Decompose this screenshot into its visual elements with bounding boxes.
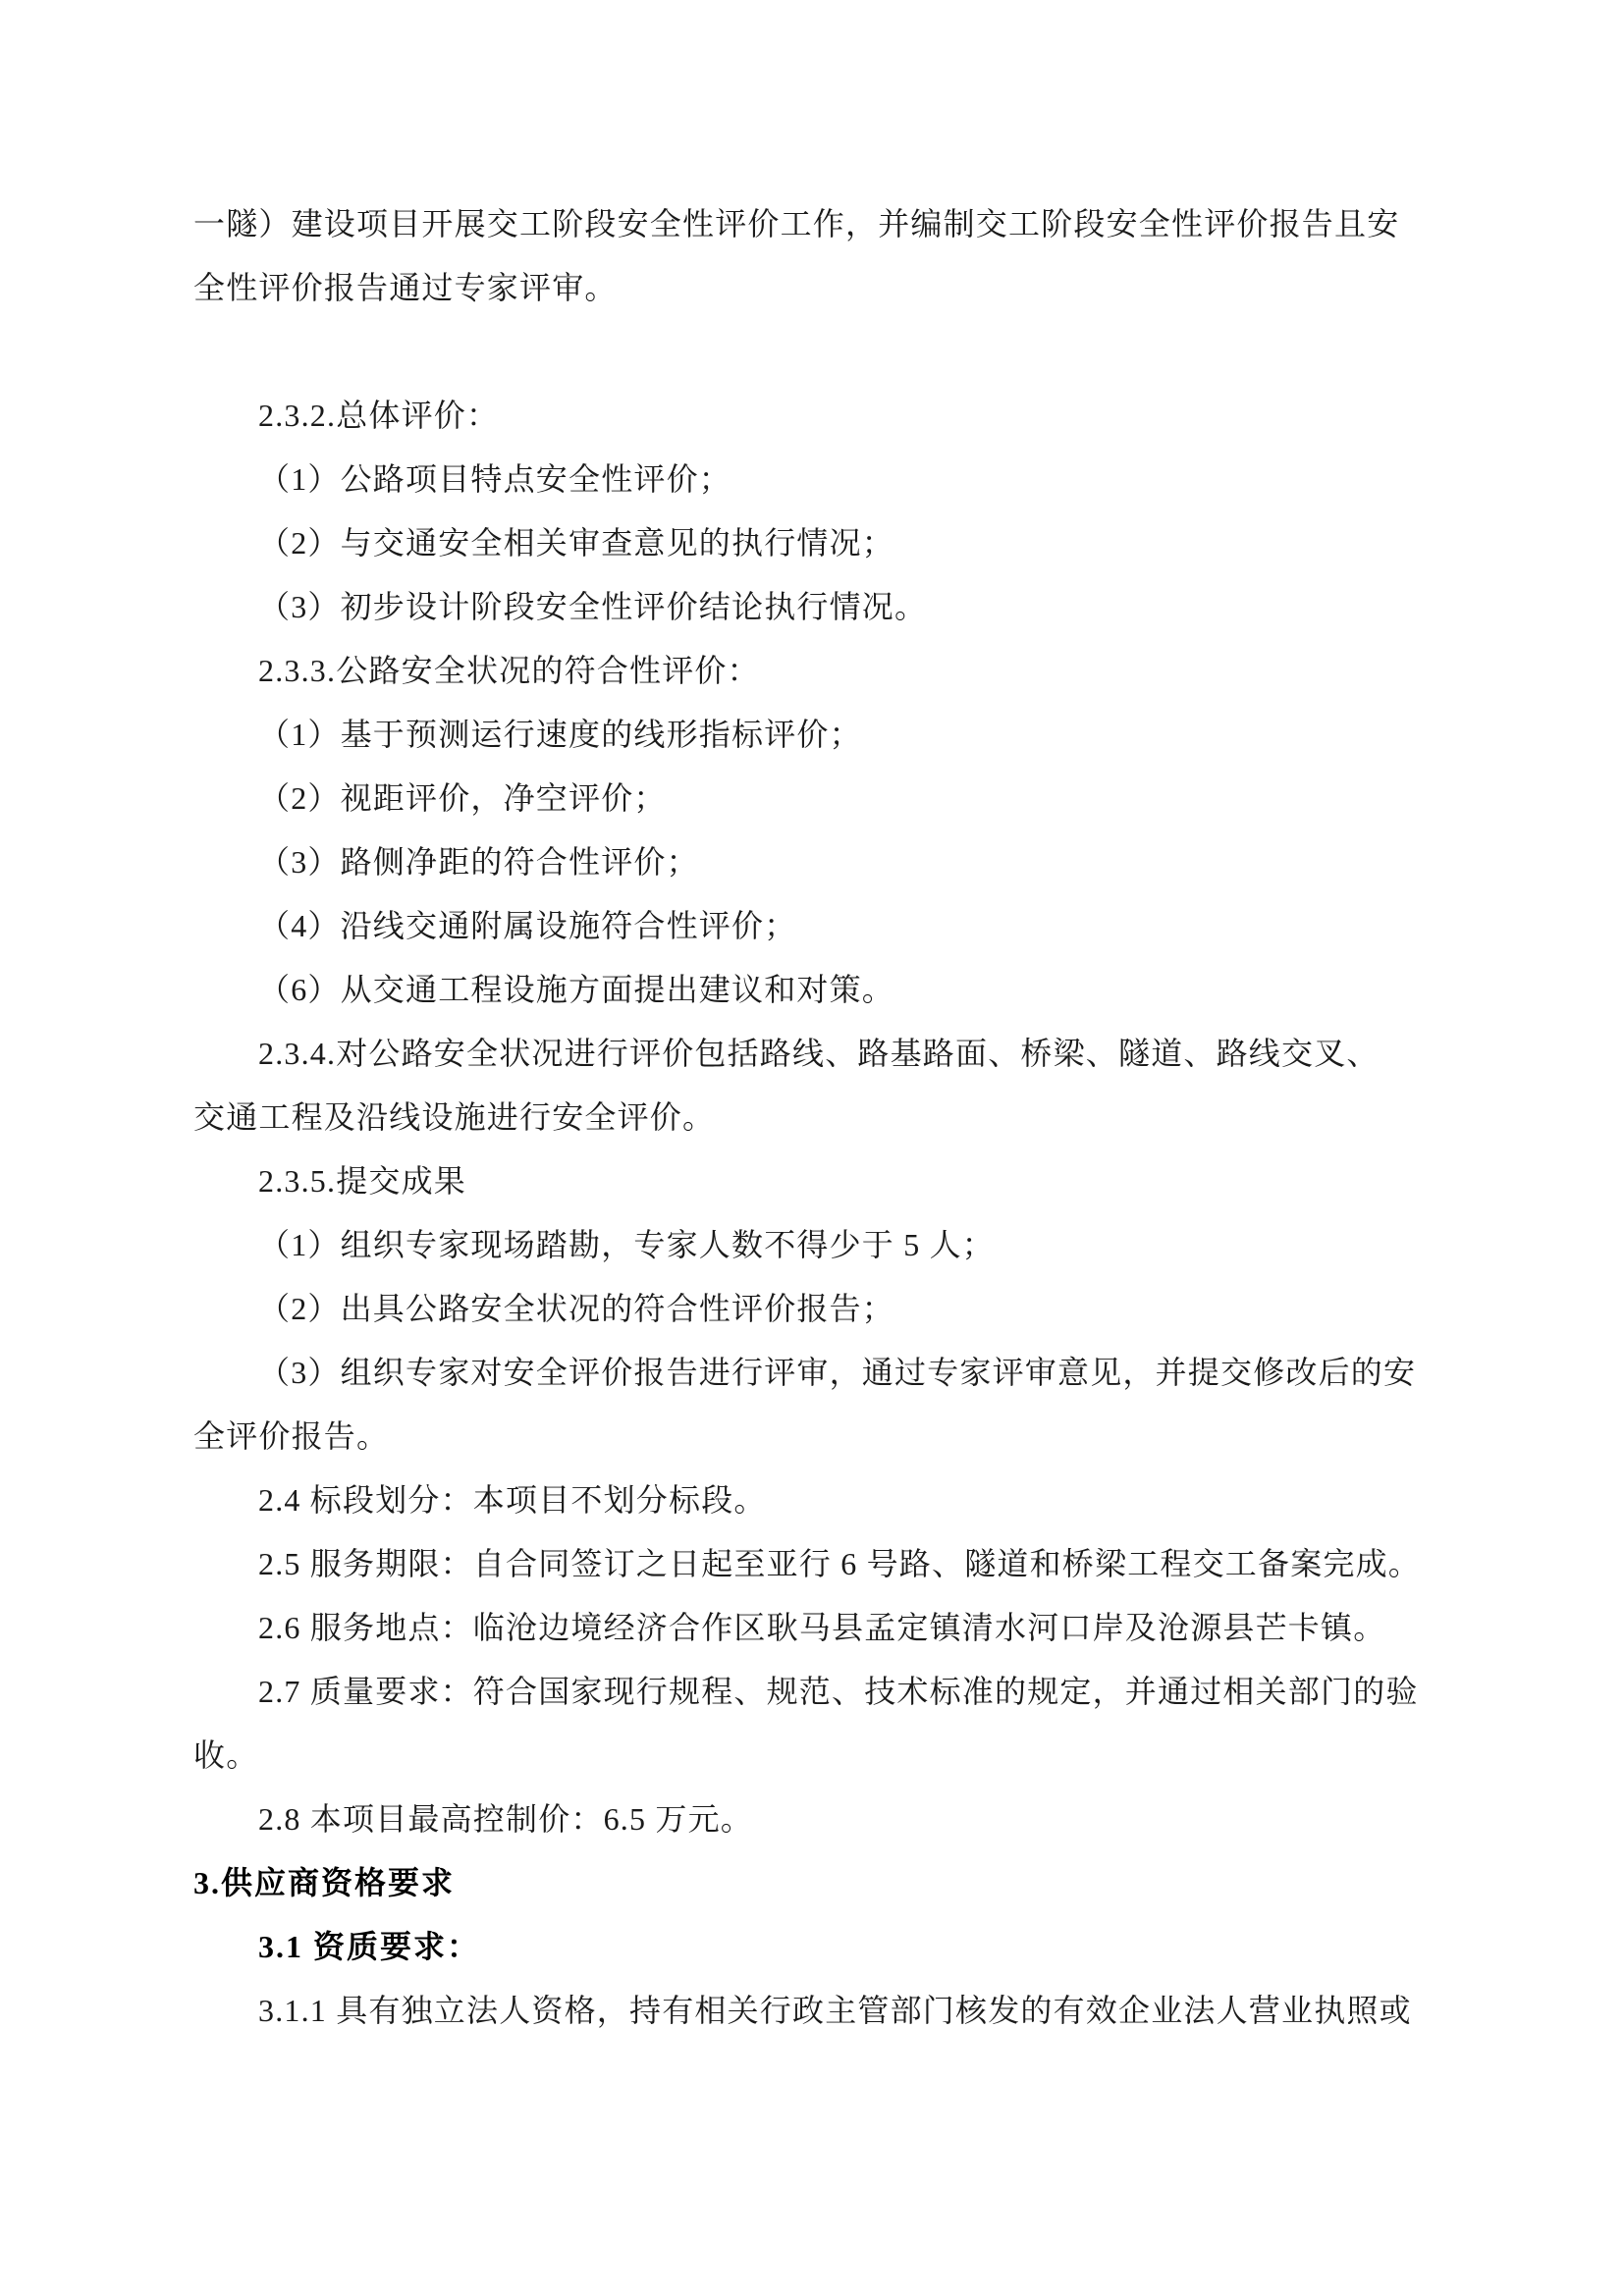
section-paragraph-2-3-4: 2.3.4.对公路安全状况进行评价包括路线、路基路面、桥梁、隧道、路线交叉、 xyxy=(193,1022,1487,1086)
section-paragraph-2-8: 2.8 本项目最高控制价：6.5 万元。 xyxy=(193,1788,1487,1851)
list-item: （2）与交通安全相关审查意见的执行情况； xyxy=(193,511,1487,575)
paragraph-continuation-line: 一隧）建设项目开展交工阶段安全性评价工作，并编制交工阶段安全性评价报告且安 xyxy=(193,192,1487,256)
list-item: （3）路侧净距的符合性评价； xyxy=(193,830,1487,894)
paragraph-continuation-line: 交通工程及沿线设施进行安全评价。 xyxy=(193,1086,1487,1149)
chapter-heading-3: 3.供应商资格要求 xyxy=(193,1851,1487,1915)
section-paragraph-2-4: 2.4 标段划分：本项目不划分标段。 xyxy=(193,1468,1487,1532)
paragraph-continuation-line: 全性评价报告通过专家评审。 xyxy=(193,256,1487,320)
list-item: （2）视距评价，净空评价； xyxy=(193,767,1487,830)
section-heading-2-3-2: 2.3.2.总体评价： xyxy=(193,384,1487,448)
document-page: 一隧）建设项目开展交工阶段安全性评价工作，并编制交工阶段安全性评价报告且安 全性… xyxy=(0,0,1624,2296)
section-paragraph-2-6: 2.6 服务地点：临沧边境经济合作区耿马县孟定镇清水河口岸及沧源县芒卡镇。 xyxy=(193,1596,1487,1660)
list-item: （1）基于预测运行速度的线形指标评价； xyxy=(193,703,1487,767)
section-paragraph-3-1-1: 3.1.1 具有独立法人资格，持有相关行政主管部门核发的有效企业法人营业执照或 xyxy=(193,1979,1487,2043)
section-heading-2-3-3: 2.3.3.公路安全状况的符合性评价： xyxy=(193,639,1487,703)
list-item: （3）初步设计阶段安全性评价结论执行情况。 xyxy=(193,575,1487,639)
section-heading-2-3-5: 2.3.5.提交成果 xyxy=(193,1149,1487,1213)
list-item: （6）从交通工程设施方面提出建议和对策。 xyxy=(193,958,1487,1022)
section-paragraph-2-7: 2.7 质量要求：符合国家现行规程、规范、技术标准的规定，并通过相关部门的验 xyxy=(193,1660,1487,1724)
list-item: （1）组织专家现场踏勘，专家人数不得少于 5 人； xyxy=(193,1213,1487,1277)
section-heading-3-1: 3.1 资质要求： xyxy=(193,1915,1487,1979)
paragraph-continuation-line: 收。 xyxy=(193,1724,1487,1788)
list-item: （1）公路项目特点安全性评价； xyxy=(193,448,1487,511)
list-item: （3）组织专家对安全评价报告进行评审，通过专家评审意见，并提交修改后的安 xyxy=(193,1341,1487,1405)
paragraph-continuation-line: 全评价报告。 xyxy=(193,1405,1487,1468)
list-item: （4）沿线交通附属设施符合性评价； xyxy=(193,894,1487,958)
section-paragraph-2-5: 2.5 服务期限：自合同签订之日起至亚行 6 号路、隧道和桥梁工程交工备案完成。 xyxy=(193,1532,1487,1596)
blank-line xyxy=(193,320,1487,384)
list-item: （2）出具公路安全状况的符合性评价报告； xyxy=(193,1277,1487,1341)
